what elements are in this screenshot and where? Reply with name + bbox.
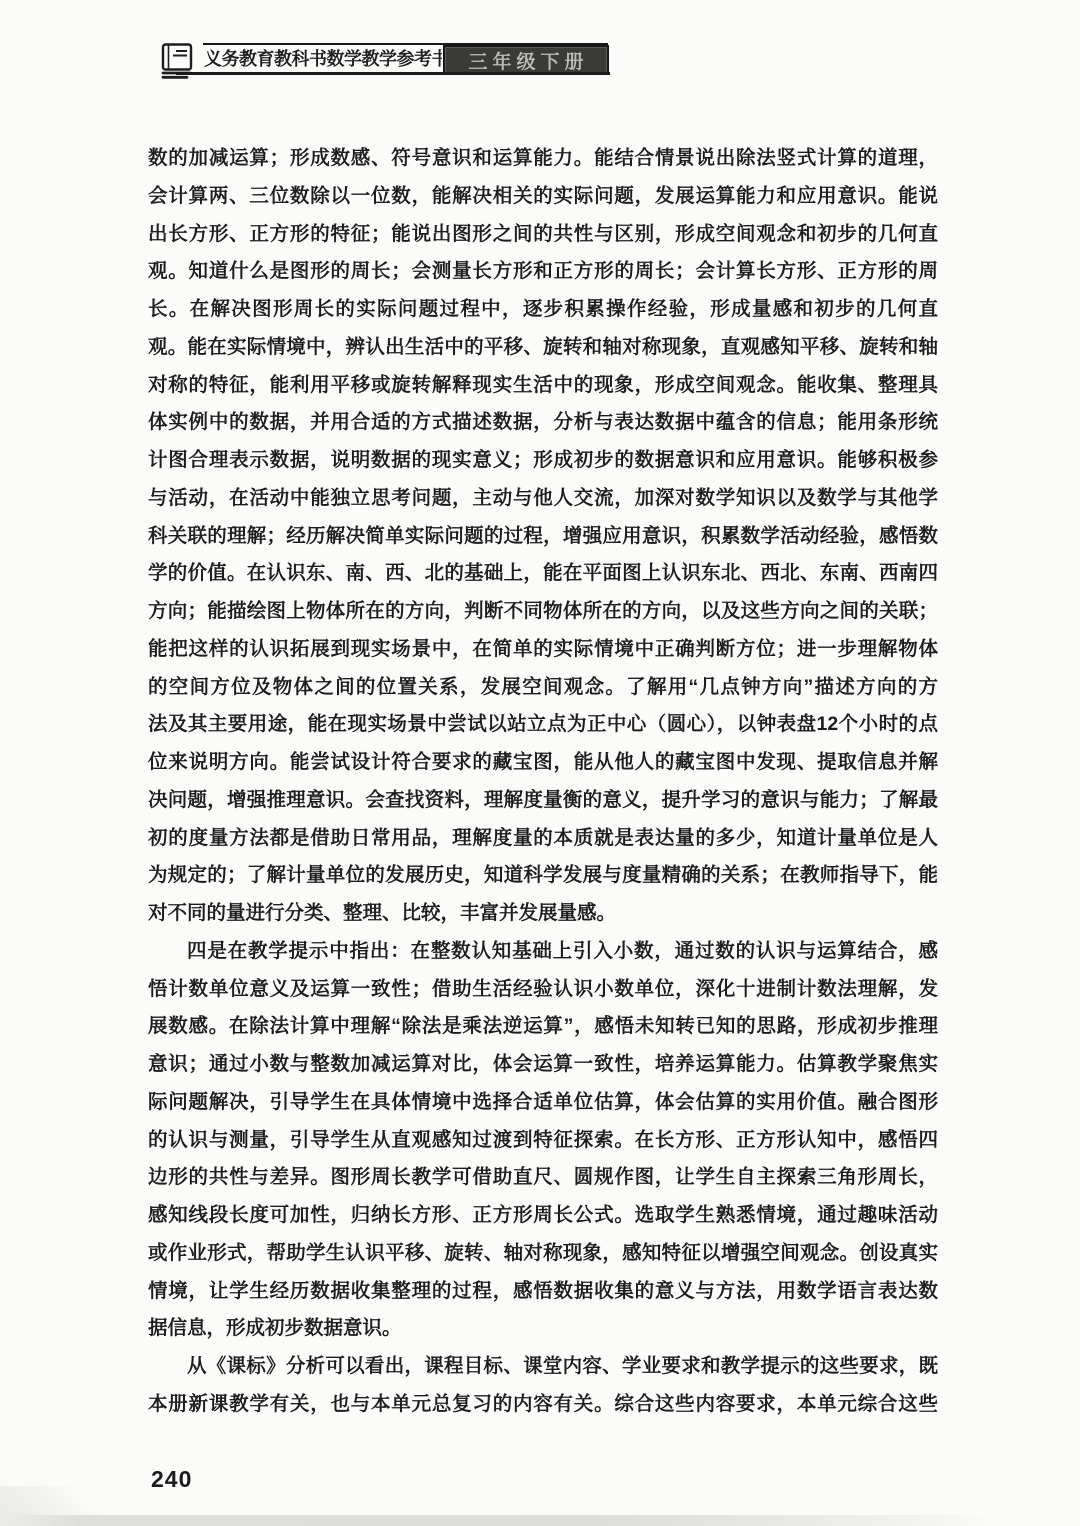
text-line: 位来说明方向。能尝试设计符合要求的藏宝图，能从他人的藏宝图中发现、提取信息并解 [148, 744, 938, 782]
text-line: 初的度量方法都是借助日常用品，理解度量的本质就是表达量的多少，知道计量单位是人 [148, 820, 938, 858]
text-line: 对称的特征，能利用平移或旋转解释现实生活中的现象，形成空间观念。能收集、整理具 [148, 367, 938, 405]
text-line: 本册新课教学有关，也与本单元总复习的内容有关。综合这些内容要求，本单元综合这些 [148, 1386, 938, 1424]
volume-badge: 三年级下册 [443, 45, 609, 75]
text-line: 科关联的理解；经历解决简单实际问题的过程，增强应用意识，积累数学活动经验，感悟数 [148, 518, 938, 556]
book-title: 义务教育教科书数学教学参考书 [204, 47, 442, 71]
text-line: 会计算两、三位数除以一位数，能解决相关的实际问题，发展运算能力和应用意识。能说 [148, 178, 938, 216]
text-line: 为规定的；了解计量单位的发展历史，知道科学发展与度量精确的关系；在教师指导下，能 [148, 857, 938, 895]
text-line: 计图合理表示数据，说明数据的现实意义；形成初步的数据意识和应用意识。能够积极参 [148, 442, 938, 480]
paragraph: 四是在教学提示中指出：在整数认知基础上引入小数，通过数的认识与运算结合，感 悟计… [148, 933, 938, 1348]
page-number: 240 [151, 1466, 192, 1493]
text-line: 悟计数单位意义及运算一致性；借助生活经验认识小数单位，深化十进制计数法理解，发 [148, 971, 938, 1009]
paragraph: 从《课标》分析可以看出，课程目标、课堂内容、学业要求和教学提示的这些要求，既与 … [148, 1348, 938, 1424]
text-line: 的空间方位及物体之间的位置关系，发展空间观念。了解用“几点钟方向”描述方向的方 [148, 669, 938, 707]
text-line: 法及其主要用途，能在现实场景中尝试以站立点为正中心（圆心），以钟表盘12个小时的… [148, 706, 938, 744]
text-line: 方向；能描绘图上物体所在的方向，判断不同物体所在的方向，以及这些方向之间的关联； [148, 593, 938, 631]
text-line: 际问题解决，引导学生在具体情境中选择合适单位估算，体会估算的实用价值。融合图形 [148, 1084, 938, 1122]
text-line: 决问题，增强推理意识。会查找资料，理解度量衡的意义，提升学习的意识与能力；了解最 [148, 782, 938, 820]
text-line: 边形的共性与差异。图形周长教学可借助直尺、圆规作图，让学生自主探索三角形周长， [148, 1159, 938, 1197]
text-line: 据信息，形成初步数据意识。 [148, 1310, 938, 1348]
scanned-page: 义务教育教科书数学教学参考书 三年级下册 数的加减运算；形成数感、符号意识和运算… [0, 0, 1080, 1526]
text-line: 长。在解决图形周长的实际问题过程中，逐步积累操作经验，形成量感和初步的几何直 [148, 291, 938, 329]
text-line: 情境，让学生经历数据收集整理的过程，感悟数据收集的意义与方法，用数学语言表达数 [148, 1273, 938, 1311]
paragraph: 数的加减运算；形成数感、符号意识和运算能力。能结合情景说出除法竖式计算的道理， … [148, 140, 938, 933]
text-line: 数的加减运算；形成数感、符号意识和运算能力。能结合情景说出除法竖式计算的道理， [148, 140, 938, 178]
text-line: 四是在教学提示中指出：在整数认知基础上引入小数，通过数的认识与运算结合，感 [148, 933, 938, 971]
text-line: 从《课标》分析可以看出，课程目标、课堂内容、学业要求和教学提示的这些要求，既与 [148, 1348, 938, 1386]
scan-edge [0, 1515, 1080, 1526]
text-line: 体实例中的数据，并用合适的方式描述数据，分析与表达数据中蕴含的信息；能用条形统 [148, 404, 938, 442]
text-line: 与活动，在活动中能独立思考问题，主动与他人交流，加深对数学知识以及数学与其他学 [148, 480, 938, 518]
text-line: 能把这样的认识拓展到现实场景中，在简单的实际情境中正确判断方位；进一步理解物体 [148, 631, 938, 669]
text-line: 对不同的量进行分类、整理、比较，丰富并发展量感。 [148, 895, 938, 933]
body-text: 数的加减运算；形成数感、符号意识和运算能力。能结合情景说出除法竖式计算的道理， … [148, 140, 938, 1424]
text-line: 感知线段长度可加性，归纳长方形、正方形周长公式。选取学生熟悉情境，通过趣味活动 [148, 1197, 938, 1235]
text-line: 的认识与测量，引导学生从直观感知过渡到特征探索。在长方形、正方形认知中，感悟四 [148, 1122, 938, 1160]
text-line: 观。知道什么是图形的周长；会测量长方形和正方形的周长；会计算长方形、正方形的周 [148, 253, 938, 291]
text-line: 展数感。在除法计算中理解“除法是乘法逆运算”，感悟未知转已知的思路，形成初步推理 [148, 1008, 938, 1046]
text-line: 意识；通过小数与整数加减运算对比，体会运算一致性，培养运算能力。估算教学聚焦实 [148, 1046, 938, 1084]
text-line: 或作业形式，帮助学生认识平移、旋转、轴对称现象，感知特征以增强空间观念。创设真实 [148, 1235, 938, 1273]
text-line: 学的价值。在认识东、南、西、北的基础上，能在平面图上认识东北、西北、东南、西南四… [148, 555, 938, 593]
text-line: 观。能在实际情境中，辨认出生活中的平移、旋转和轴对称现象，直观感知平移、旋转和轴 [148, 329, 938, 367]
text-line: 出长方形、正方形的特征；能说出图形之间的共性与区别，形成空间观念和初步的几何直 [148, 216, 938, 254]
header-rule-bottom [176, 72, 610, 75]
